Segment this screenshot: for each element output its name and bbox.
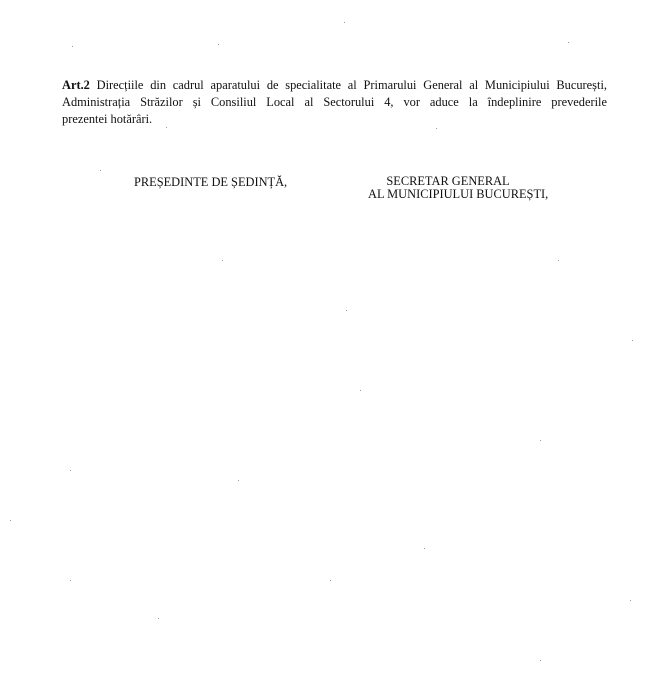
scan-speck bbox=[360, 390, 361, 391]
scan-speck bbox=[540, 440, 541, 441]
scan-speck bbox=[558, 260, 559, 261]
scan-speck bbox=[218, 44, 219, 45]
scan-speck bbox=[100, 170, 101, 171]
scan-speck bbox=[346, 310, 347, 311]
president-title: PREȘEDINTE DE ȘEDINȚĂ, bbox=[134, 175, 287, 189]
article-text-1: Direcțiile din cadrul aparatului de spec… bbox=[90, 78, 607, 92]
article-2: Art.2 Direcțiile din cadrul aparatului d… bbox=[62, 77, 607, 128]
secretary-title-line-2: AL MUNICIPIULUI BUCUREȘTI, bbox=[368, 188, 528, 201]
scan-speck bbox=[70, 580, 71, 581]
scan-speck bbox=[630, 600, 631, 601]
scan-speck bbox=[238, 480, 239, 481]
scan-speck bbox=[10, 520, 11, 521]
article-line-3: prezentei hotărâri. bbox=[62, 111, 607, 128]
article-line-1: Art.2 Direcțiile din cadrul aparatului d… bbox=[62, 77, 607, 94]
scan-speck bbox=[568, 42, 569, 43]
scan-speck bbox=[166, 127, 167, 128]
scan-speck bbox=[424, 548, 425, 549]
scan-speck bbox=[540, 660, 541, 661]
scan-speck bbox=[222, 260, 223, 261]
scan-speck bbox=[158, 618, 159, 619]
signature-secretary: SECRETAR GENERAL AL MUNICIPIULUI BUCUREȘ… bbox=[368, 175, 528, 201]
scan-speck bbox=[344, 22, 345, 23]
signature-president: PREȘEDINTE DE ȘEDINȚĂ, bbox=[134, 175, 287, 190]
scan-speck bbox=[436, 128, 437, 129]
scan-speck bbox=[330, 580, 331, 581]
document-page: Art.2 Direcțiile din cadrul aparatului d… bbox=[0, 0, 656, 700]
scan-speck bbox=[632, 340, 633, 341]
scan-speck bbox=[72, 46, 73, 47]
article-line-2: Administrația Străzilor și Consiliul Loc… bbox=[62, 94, 607, 111]
scan-speck bbox=[70, 470, 71, 471]
article-label: Art.2 bbox=[62, 78, 90, 92]
